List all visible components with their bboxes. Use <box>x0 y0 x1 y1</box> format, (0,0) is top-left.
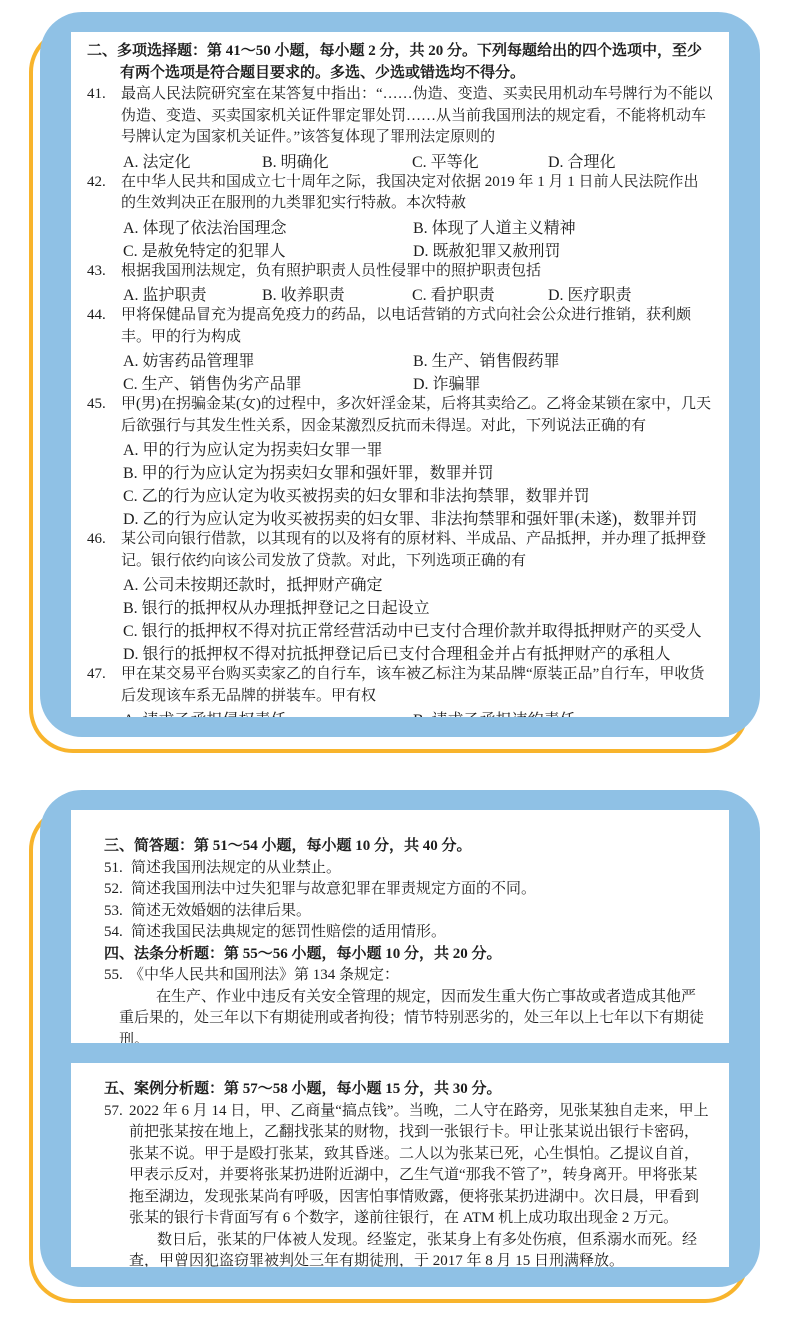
option-d: D. 银行的抵押权不得对抗抵押登记后已支付合理租金并占有抵押财产的承租人 <box>123 641 713 664</box>
option-d: D. 合理化 <box>548 149 713 172</box>
case-analysis-panel: 五、案例分析题：第 57～58 小题，每小题 15 分，共 30 分。 57.2… <box>71 1063 729 1267</box>
option-a: A. 体现了依法治国理念 <box>123 215 413 238</box>
question-stem: 45.甲(男)在拐骗金某(女)的过程中，多次奸淫金某，后将其卖给乙。乙将金某锁在… <box>87 394 713 437</box>
question-51: 51.简述我国刑法规定的从业禁止。 <box>104 858 709 880</box>
options-row: A. 公司未按期还款时，抵押财产确定 B. 银行的抵押权从办理抵押登记之日起设立… <box>87 572 713 664</box>
option-b: B. 银行的抵押权从办理抵押登记之日起设立 <box>123 595 713 618</box>
option-c: C. 是赦免特定的犯罪人 <box>123 238 413 261</box>
options-row: A. 体现了依法治国理念 B. 体现了人道主义精神 C. 是赦免特定的犯罪人 D… <box>87 215 713 261</box>
option-a: A. 请求乙承担侵权责任 <box>123 707 413 717</box>
option-a: A. 公司未按期还款时，抵押财产确定 <box>123 572 713 595</box>
card-blue-frame: 二、多项选择题：第 41～50 小题，每小题 2 分，共 20 分。下列每题给出… <box>40 12 760 737</box>
options-row: A. 甲的行为应认定为拐卖妇女罪一罪 B. 甲的行为应认定为拐卖妇女罪和强奸罪，… <box>87 437 713 529</box>
question-54: 54.简述我国民法典规定的惩罚性赔偿的适用情形。 <box>104 922 709 944</box>
option-a: A. 甲的行为应认定为拐卖妇女罪一罪 <box>123 437 713 460</box>
options-row: A. 监护职责 B. 收养职责 C. 看护职责 D. 医疗职责 <box>87 282 713 305</box>
option-c: C. 乙的行为应认定为收买被拐卖的妇女罪和非法拘禁罪，数罪并罚 <box>123 483 713 506</box>
section-3-heading: 三、简答题：第 51～54 小题，每小题 10 分，共 40 分。 <box>104 836 709 858</box>
short-answer-panel: 三、简答题：第 51～54 小题，每小题 10 分，共 40 分。 51.简述我… <box>71 810 729 1043</box>
question-number: 41. <box>87 84 121 106</box>
mcq-content-panel: 二、多项选择题：第 41～50 小题，每小题 2 分，共 20 分。下列每题给出… <box>71 32 729 717</box>
question-stem: 43.根据我国刑法规定，负有照护职责人员性侵罪中的照护职责包括 <box>87 261 713 283</box>
question-stem: 44.甲将保健品冒充为提高免疫力的药品，以电话营销的方式向社会公众进行推销，获利… <box>87 305 713 348</box>
mcq-card: 二、多项选择题：第 41～50 小题，每小题 2 分，共 20 分。下列每题给出… <box>40 12 760 737</box>
question-stem: 41.最高人民法院研究室在某答复中指出：“……伪造、变造、买卖民用机动车号牌行为… <box>87 84 713 149</box>
question-number: 51. <box>104 858 131 880</box>
option-b: B. 明确化 <box>262 149 412 172</box>
option-d: D. 诈骗罪 <box>413 371 713 394</box>
options-row: A. 妨害药品管理罪 B. 生产、销售假药罪 C. 生产、销售伪劣产品罪 D. … <box>87 348 713 394</box>
option-c: C. 看护职责 <box>412 282 548 305</box>
option-b: B. 生产、销售假药罪 <box>413 348 713 371</box>
question-44: 44.甲将保健品冒充为提高免疫力的药品，以电话营销的方式向社会公众进行推销，获利… <box>87 305 713 394</box>
option-a: A. 法定化 <box>123 149 262 172</box>
question-number: 42. <box>87 172 121 194</box>
question-number: 54. <box>104 922 131 944</box>
question-number: 43. <box>87 261 121 283</box>
option-c: C. 银行的抵押权不得对抗正常经营活动中已支付合理价款并取得抵押财产的买受人 <box>123 618 713 641</box>
option-c: C. 生产、销售伪劣产品罪 <box>123 371 413 394</box>
question-stem: 47.甲在某交易平台购买卖家乙的自行车，该车被乙标注为某品牌“原装正品”自行车，… <box>87 664 713 707</box>
question-number: 57. <box>104 1101 129 1123</box>
question-53: 53.简述无效婚姻的法律后果。 <box>104 901 709 923</box>
question-number: 46. <box>87 529 121 551</box>
card-blue-frame: 三、简答题：第 51～54 小题，每小题 10 分，共 40 分。 51.简述我… <box>40 790 760 1287</box>
question-57-paragraph-1: 57.2022 年 6 月 14 日，甲、乙商量“搞点钱”。当晚，二人守在路旁，… <box>104 1101 709 1230</box>
question-stem: 42.在中华人民共和国成立七十周年之际，我国决定对依据 2019 年 1 月 1… <box>87 172 713 215</box>
options-row: A. 法定化 B. 明确化 C. 平等化 D. 合理化 <box>87 149 713 172</box>
option-a: A. 妨害药品管理罪 <box>123 348 413 371</box>
question-number: 45. <box>87 394 121 416</box>
question-number: 47. <box>87 664 121 686</box>
option-d: D. 既赦犯罪又赦刑罚 <box>413 238 713 261</box>
section-5-heading: 五、案例分析题：第 57～58 小题，每小题 15 分，共 30 分。 <box>104 1079 709 1101</box>
question-number: 53. <box>104 901 131 923</box>
section-4-heading: 四、法条分析题：第 55～56 小题，每小题 10 分，共 20 分。 <box>104 944 709 966</box>
options-row: A. 请求乙承担侵权责任 B. 请求乙承担违约责任 <box>87 707 713 717</box>
question-57-paragraph-2: 数日后，张某的尸体被人发现。经鉴定，张某身上有多处伤痕，但系溺水而死。经查，甲曾… <box>104 1230 709 1268</box>
question-43: 43.根据我国刑法规定，负有照护职责人员性侵罪中的照护职责包括 A. 监护职责 … <box>87 261 713 306</box>
question-number: 44. <box>87 305 121 327</box>
question-52: 52.简述我国刑法中过失犯罪与故意犯罪在罪责规定方面的不同。 <box>104 879 709 901</box>
question-42: 42.在中华人民共和国成立七十周年之际，我国决定对依据 2019 年 1 月 1… <box>87 172 713 261</box>
question-45: 45.甲(男)在拐骗金某(女)的过程中，多次奸淫金某，后将其卖给乙。乙将金某锁在… <box>87 394 713 529</box>
question-number: 52. <box>104 879 131 901</box>
question-stem: 46.某公司向银行借款，以其现有的以及将有的原材料、半成品、产品抵押，并办理了抵… <box>87 529 713 572</box>
option-b: B. 甲的行为应认定为拐卖妇女罪和强奸罪，数罪并罚 <box>123 460 713 483</box>
option-b: B. 收养职责 <box>262 282 412 305</box>
question-55-intro: 55.《中华人民共和国刑法》第 134 条规定： <box>104 965 709 987</box>
section-2-heading: 二、多项选择题：第 41～50 小题，每小题 2 分，共 20 分。下列每题给出… <box>87 41 713 84</box>
option-c: C. 平等化 <box>412 149 548 172</box>
question-41: 41.最高人民法院研究室在某答复中指出：“……伪造、变造、买卖民用机动车号牌行为… <box>87 84 713 172</box>
option-a: A. 监护职责 <box>123 282 262 305</box>
question-number: 55. <box>104 965 129 987</box>
question-47: 47.甲在某交易平台购买卖家乙的自行车，该车被乙标注为某品牌“原装正品”自行车，… <box>87 664 713 717</box>
option-d: D. 乙的行为应认定为收买被拐卖的妇女罪、非法拘禁罪和强奸罪(未遂)，数罪并罚 <box>123 506 713 529</box>
option-d: D. 医疗职责 <box>548 282 713 305</box>
question-55-statute-text: 在生产、作业中违反有关安全管理的规定，因而发生重大伤亡事故或者造成其他严重后果的… <box>119 987 709 1044</box>
lower-card: 三、简答题：第 51～54 小题，每小题 10 分，共 40 分。 51.简述我… <box>40 790 760 1287</box>
option-b: B. 请求乙承担违约责任 <box>413 707 713 717</box>
option-b: B. 体现了人道主义精神 <box>413 215 713 238</box>
question-46: 46.某公司向银行借款，以其现有的以及将有的原材料、半成品、产品抵押，并办理了抵… <box>87 529 713 664</box>
